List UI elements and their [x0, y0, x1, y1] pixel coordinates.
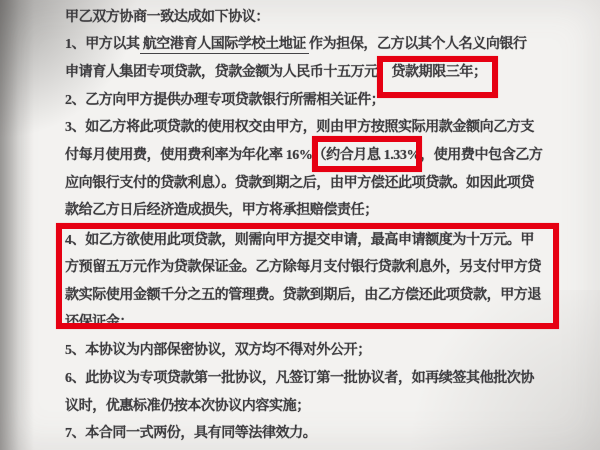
clause-3-line-3: 应向银行支付的贷款利息）。贷款到期之后，由甲方偿还此项贷款。如因此项贷	[65, 172, 565, 192]
clause-3-line-4: 款给乙方日后经济造成损失，甲方将承担赔偿责任；	[65, 199, 565, 219]
highlight-box-clause-4	[56, 223, 559, 329]
clause-1-prefix: 1、甲方以其	[65, 37, 140, 52]
collateral-name-underlined: 航空港育人国际学校土地证	[140, 37, 309, 54]
clause-1-line-1: 1、甲方以其 航空港育人国际学校土地证 作为担保，乙方以其个人名义向银行	[65, 33, 565, 53]
highlight-box-loan-term	[377, 56, 498, 98]
clause-1-suffix: 作为担保，乙方以其个人名义向银行	[309, 37, 527, 52]
clause-6-line-2: 议时，优惠标准仍按本次协议内容实施；	[65, 395, 565, 415]
scanned-document-page: 甲乙双方协商一致达成如下协议： 1、甲方以其 航空港育人国际学校土地证 作为担保…	[0, 0, 600, 450]
highlight-box-monthly-interest	[312, 136, 422, 172]
clause-6-line-1: 6、此协议为专项贷款第一批协议，凡签订第一批协议者，如再续签其他批次协	[65, 367, 565, 387]
scan-shadow-left	[0, 0, 34, 450]
clause-7-line-1: 7、本合同一式两份，具有同等法律效力。	[65, 422, 565, 442]
clause-5-line-1: 5、本协议为内部保密协议，双方均不得对外公开；	[65, 339, 565, 359]
clause-3-line-1: 3、如乙方将此项贷款的使用权交由甲方，则由甲方按照实际用款金额向乙方支	[65, 116, 565, 136]
agreement-intro-line: 甲乙双方协商一致达成如下协议：	[65, 6, 565, 26]
